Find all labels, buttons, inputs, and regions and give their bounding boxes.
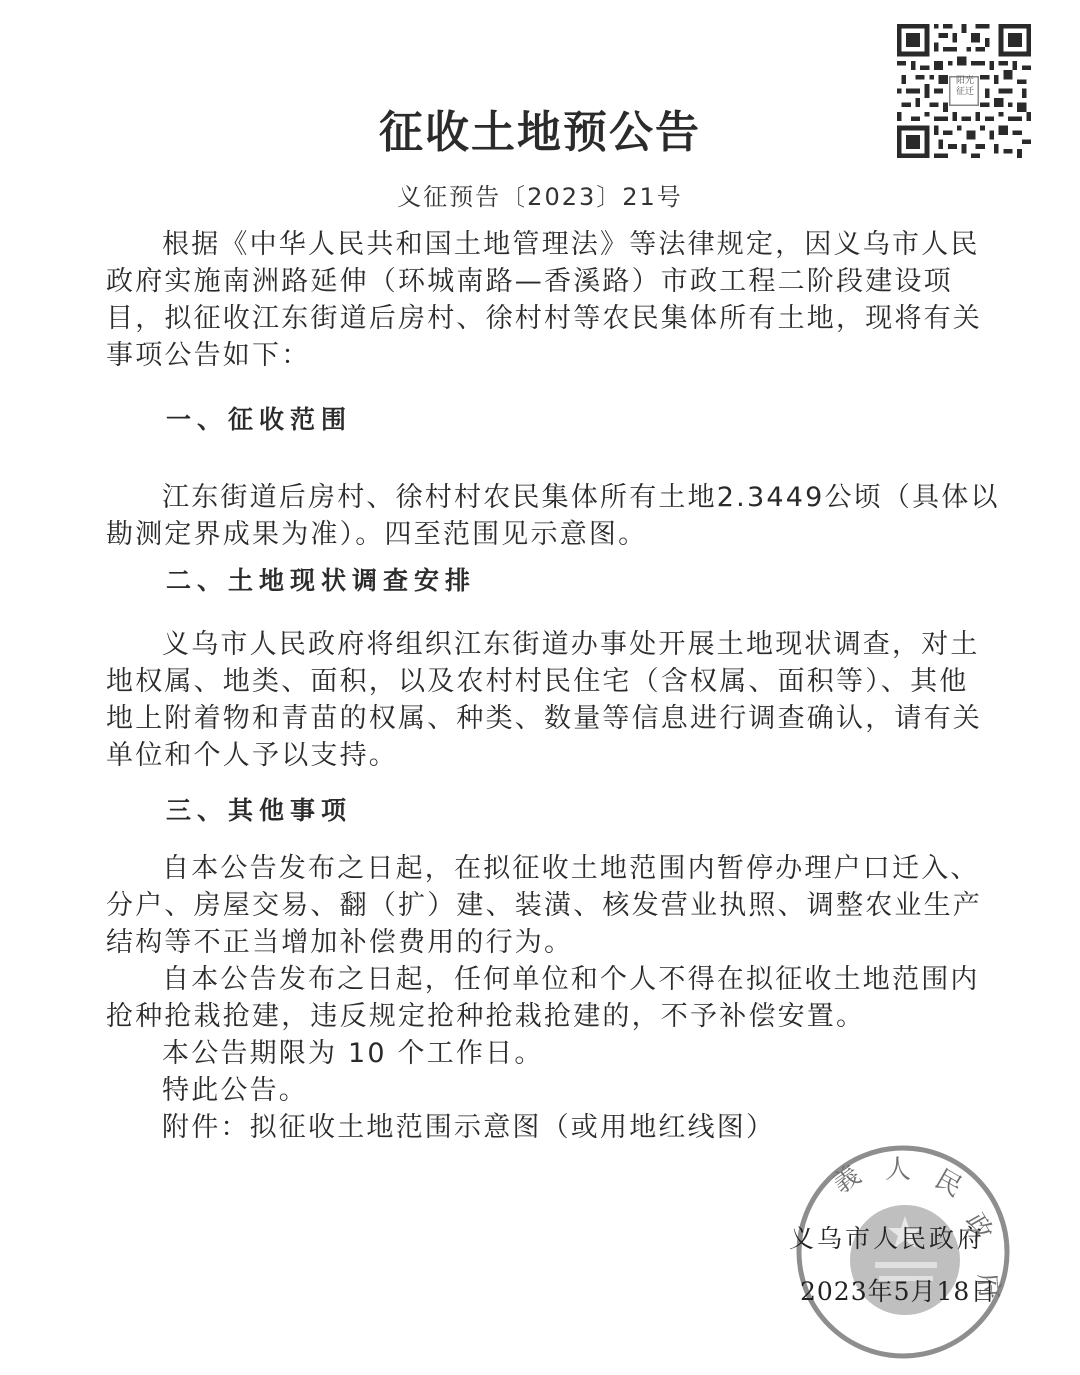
- section-line: 分户、房屋交易、翻（扩）建、装潢、核发营业执照、调整农业生产: [106, 887, 982, 924]
- issuer-name: 义乌市人民政府: [789, 1219, 985, 1255]
- section-line: 义乌市人民政府将组织江东街道办事处开展土地现状调查，对土: [162, 626, 980, 663]
- section-heading-scope: 一、征收范围: [166, 400, 352, 436]
- page-title: 征收土地预公告: [0, 96, 1080, 160]
- svg-text:民: 民: [930, 1164, 968, 1203]
- svg-text:義: 義: [828, 1160, 867, 1199]
- attachment-note: 附件：拟征收土地范围示意图（或用地红线图）: [162, 1109, 775, 1146]
- section-line: 自本公告发布之日起，在拟征收土地范围内暂停办理户口迁入、: [162, 850, 980, 887]
- document-number: 义征预告〔2023〕21号: [0, 177, 1080, 212]
- qr-logo-label: 阳光 征迁: [950, 76, 980, 98]
- section-line: 单位和个人予以支持。: [106, 737, 398, 774]
- svg-text:人: 人: [885, 1155, 911, 1185]
- section-line: 勘测定界成果为准）。四至范围见示意图。: [106, 516, 647, 553]
- closing-statement: 特此公告。: [162, 1072, 308, 1109]
- section-line: 地上附着物和青苗的权属、种类、数量等信息进行调查确认，请有关: [106, 700, 982, 737]
- section-line: 抢种抢栽抢建，违反规定抢种抢栽抢建的，不予补偿安置。: [106, 998, 865, 1035]
- section-line: 地权属、地类、面积，以及农村村民住宅（含权属、面积等）、其他: [106, 663, 969, 700]
- notice-period: 本公告期限为 10 个工作日。: [162, 1035, 544, 1072]
- intro-line: 政府实施南洲路延伸（环城南路—香溪路）市政工程二阶段建设项: [106, 263, 953, 300]
- intro-line: 事项公告如下：: [106, 337, 310, 374]
- intro-line: 目，拟征收江东街道后房村、徐村村等农民集体所有土地，现将有关: [106, 300, 982, 337]
- section-line: 自本公告发布之日起，任何单位和个人不得在拟征收土地范围内: [162, 961, 980, 998]
- section-heading-survey: 二、土地现状调查安排: [166, 561, 476, 597]
- issue-date: 2023年5月18日: [800, 1272, 996, 1308]
- intro-line: 根据《中华人民共和国土地管理法》等法律规定，因义乌市人民: [162, 226, 980, 263]
- section-heading-other: 三、其他事项: [166, 791, 352, 827]
- section-line: 江东街道后房村、徐村村农民集体所有土地2.3449公顷（具体以: [162, 479, 1000, 516]
- qr-logo-line1: 阳光: [950, 76, 980, 87]
- section-line: 结构等不正当增加补偿费用的行为。: [106, 924, 573, 961]
